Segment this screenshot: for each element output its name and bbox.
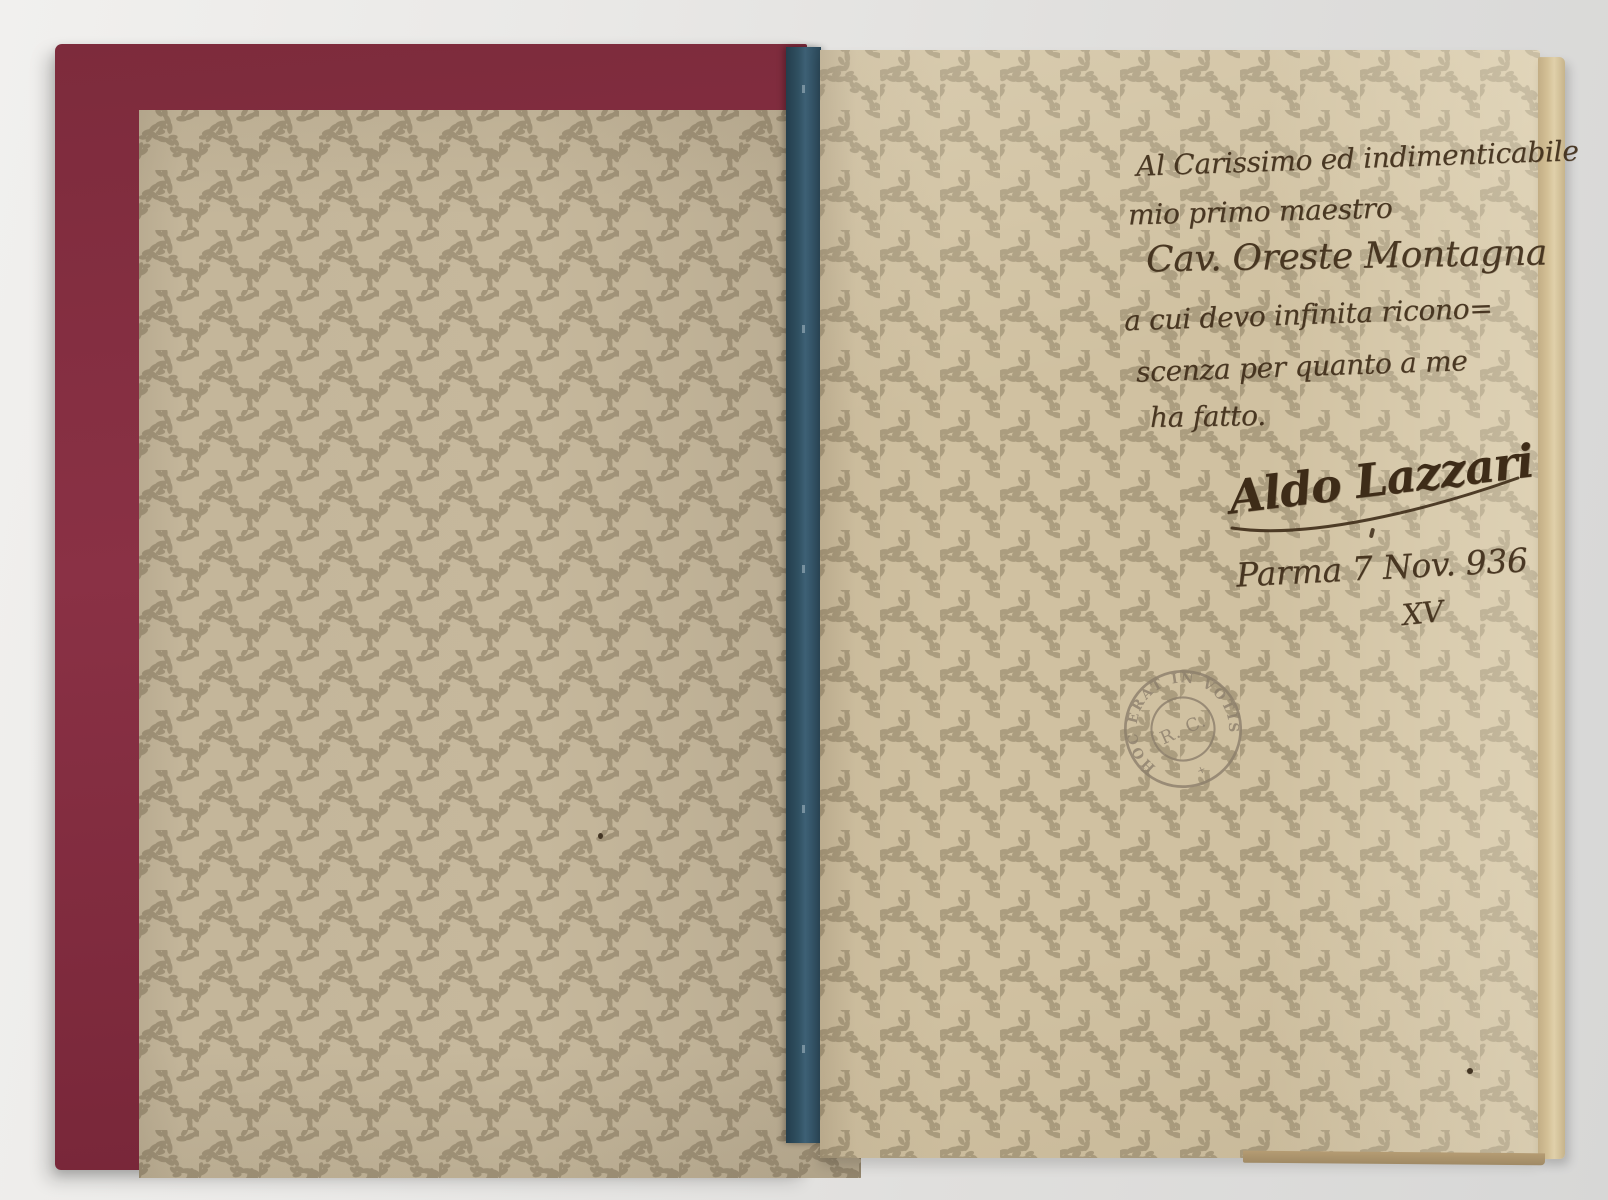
era-year-roman: XV (1400, 594, 1444, 632)
stamp-bottom-ornament: + (1195, 763, 1208, 778)
photo-scene: Al Carissimo ed indimenticabile mio prim… (0, 0, 1608, 1200)
left-endpaper-pastedown (139, 110, 861, 1178)
stamp-center-initials: R. C. (1157, 710, 1210, 749)
spine-cloth (786, 47, 821, 1143)
page-block-fore-edge (1538, 57, 1565, 1159)
book-left-cover (55, 44, 807, 1170)
spine-stitch-line (802, 47, 805, 1143)
dedication-line-3: Cav. Oreste Montagna (1146, 233, 1548, 281)
dedication-line-6: ha fatto. (1150, 399, 1266, 434)
left-endpaper-shading (139, 110, 861, 1178)
dedication-line-2: mio primo maestro (1128, 192, 1393, 232)
speck-right-page (1467, 1068, 1473, 1074)
page-block-bottom-edge (1243, 1151, 1545, 1166)
speck-left-page (598, 833, 603, 839)
